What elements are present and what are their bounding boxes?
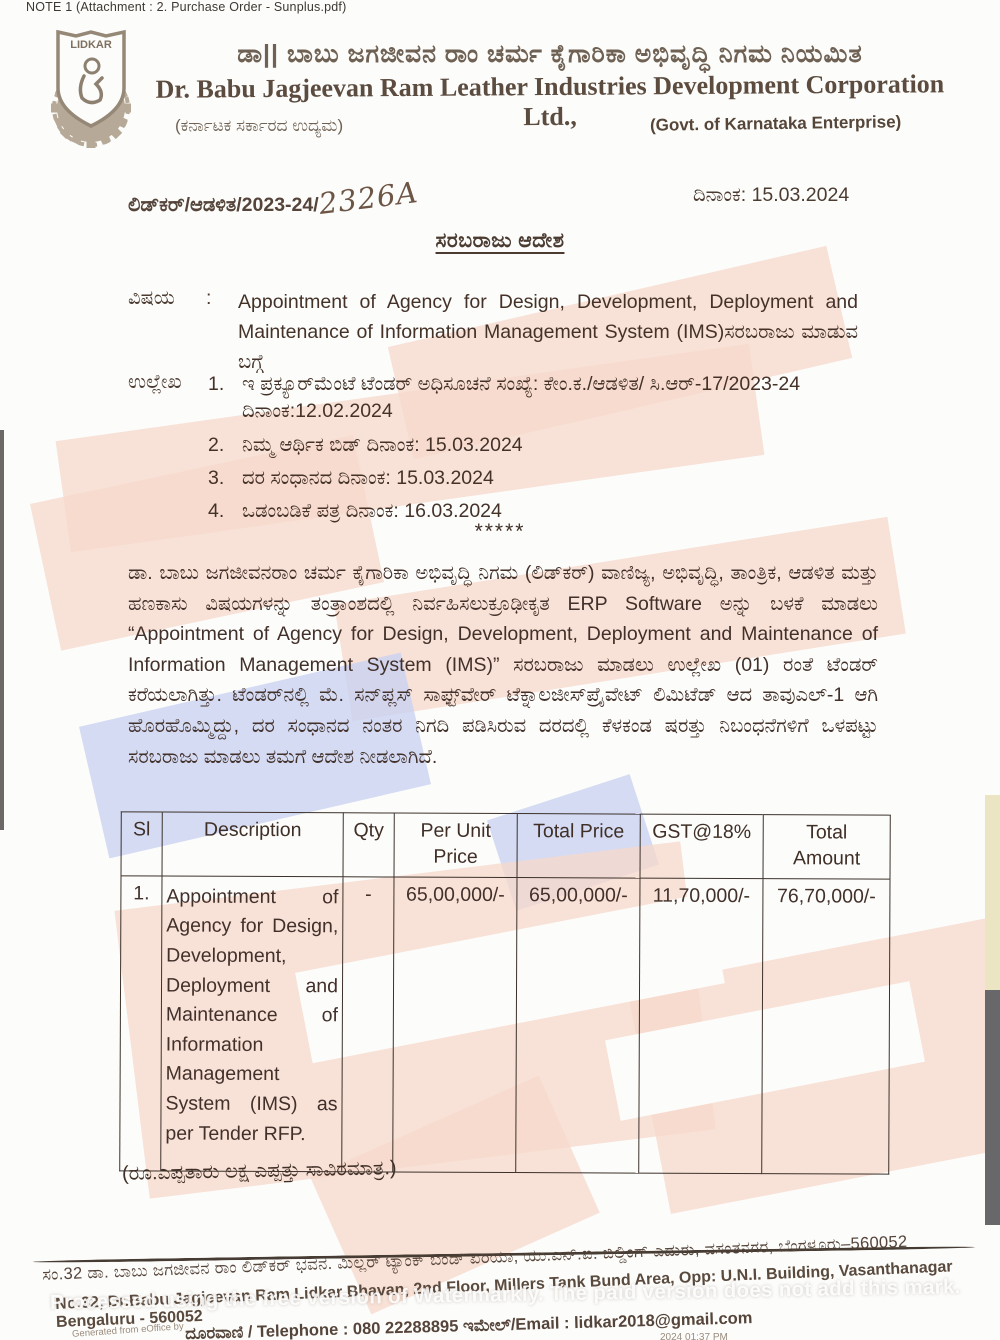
attachment-note: NOTE 1 (Attachment : 2. Purchase Order -… xyxy=(26,0,346,14)
order-table: Sl Description Qty Per Unit Price Total … xyxy=(119,811,891,1174)
reference-item-text: ನಿಮ್ಮ ಆರ್ಥಿಕ ಬಿಡ್ ದಿನಾಂಕ: 15.03.2024 xyxy=(242,432,523,459)
references-list: 1. ಇ ಪ್ರಕ್ಯೂರ್‌ಮೆಂಟೆ ಟೆಂಡರ್ ಅಧಿಸೂಚನೆ ಸಂಖ… xyxy=(208,371,868,531)
reference-handwritten-number: 2326A xyxy=(317,175,420,221)
reference-item: 1. ಇ ಪ್ರಕ್ಯೂರ್‌ಮೆಂಟೆ ಟೆಂಡರ್ ಅಧಿಸೂಚನೆ ಸಂಖ… xyxy=(208,371,868,426)
reference-item-number: 3. xyxy=(208,465,242,492)
cell-gst: 11,70,000/- xyxy=(639,878,763,1174)
reference-item: 2. ನಿಮ್ಮ ಆರ್ಥಿಕ ಬಿಡ್ ದಿನಾಂಕ: 15.03.2024 xyxy=(208,432,868,459)
subject-colon: : xyxy=(206,287,238,378)
lidkar-logo-icon: LIDKAR xyxy=(36,26,146,153)
header-gst: GST@18% xyxy=(640,814,763,878)
tagline-kannada: (ಕರ್ನಾಟಕ ಸರ್ಕಾರದ ಉದ್ಯಮ) xyxy=(175,116,343,136)
document-date: ದಿನಾಂಕ: 15.03.2024 xyxy=(693,184,849,207)
references-label: ಉಲ್ಲೇಖ xyxy=(128,371,182,394)
reference-item-number: 2. xyxy=(208,432,242,459)
reference-item: 3. ದರ ಸಂಧಾನದ ದಿನಾಂಕ: 15.03.2024 xyxy=(208,465,868,492)
header-sl: Sl xyxy=(121,812,162,876)
header-description: Description xyxy=(162,812,343,876)
cell-total-price: 65,00,000/- xyxy=(516,877,640,1173)
footer-timestamp-partial: 2024 01:37 PM xyxy=(660,1332,728,1340)
scan-edge-left xyxy=(0,430,4,830)
reference-number: ಲಿಡ್‌ಕರ್/ಆಡಳಿತ/2023-24/2326A xyxy=(128,184,418,218)
header-total-amount: Total Amount xyxy=(763,815,890,879)
cell-per-unit: 65,00,000/- xyxy=(393,877,517,1173)
body-paragraph: ಡಾ. ಬಾಬು ಜಗಜೀವನರಾಂ ಚರ್ಮ ಕೈಗಾರಿಕಾ ಅಭಿವೃದ್… xyxy=(128,558,878,772)
cell-description: Appointment of Agency for Design, Develo… xyxy=(161,876,343,1172)
section-separator: ***** xyxy=(0,520,1000,544)
logo-text: LIDKAR xyxy=(70,39,112,51)
reference-item-text: ಇ ಪ್ರಕ್ಯೂರ್‌ಮೆಂಟೆ ಟೆಂಡರ್ ಅಧಿಸೂಚನೆ ಸಂಖ್ಯೆ… xyxy=(242,371,868,426)
header-total-price: Total Price xyxy=(517,814,640,878)
amount-in-words: (ರೂ.ಎಪ್ಪತಾರು ಲಕ್ಷ ಎಪ್ಪತ್ತು ಸಾವಿರಮಾತ್ರ.) xyxy=(122,1157,397,1186)
reference-item-number: 1. xyxy=(208,371,242,426)
reference-prefix: ಲಿಡ್‌ಕರ್/ಆಡಳಿತ/2023-24/ xyxy=(128,194,319,216)
scan-edge-right-gray xyxy=(985,990,1000,1225)
org-name-kannada: ಡಾ|| ಬಾಬು ಜಗಜೀವನ ರಾಂ ಚರ್ಮ ಕೈಗಾರಿಕಾ ಅಭಿವೃ… xyxy=(165,40,935,69)
reference-item-text: ದರ ಸಂಧಾನದ ದಿನಾಂಕ: 15.03.2024 xyxy=(242,465,494,492)
tagline-english: (Govt. of Karnataka Enterprise) xyxy=(650,112,902,136)
header-qty: Qty xyxy=(343,813,394,877)
subject-text: Appointment of Agency for Design, Develo… xyxy=(238,287,858,378)
table-header-row: Sl Description Qty Per Unit Price Total … xyxy=(121,812,890,879)
table-row: 1. Appointment of Agency for Design, Dev… xyxy=(120,875,890,1173)
scan-edge-right-yellow xyxy=(985,795,1000,990)
cell-total-amount: 76,70,000/- xyxy=(762,878,890,1174)
cell-sl: 1. xyxy=(120,875,162,1170)
cell-qty: - xyxy=(342,876,394,1171)
subject-label: ವಿಷಯ xyxy=(128,287,206,378)
header-per-unit: Per Unit Price xyxy=(394,813,517,877)
scanned-purchase-order-page: NOTE 1 (Attachment : 2. Purchase Order -… xyxy=(0,0,1000,1340)
document-title: ಸರಬರಾಜು ಆದೇಶ xyxy=(0,229,1000,253)
subject-block: ವಿಷಯ : Appointment of Agency for Design,… xyxy=(128,287,860,378)
